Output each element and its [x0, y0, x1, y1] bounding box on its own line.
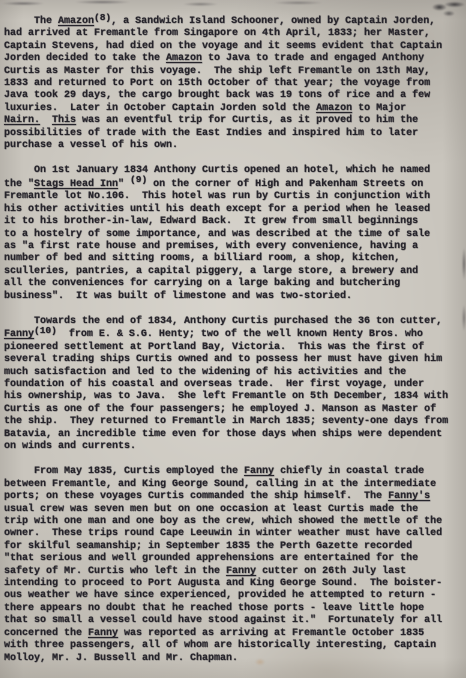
text-run: the ship. They returned to Fremantle in … [4, 416, 448, 427]
underlined-name: Stags Head Inn [34, 179, 118, 190]
underlined-name: Nairn. [4, 115, 40, 126]
text-line: several trading ships Curtis owned and t… [4, 354, 462, 366]
text-run: several trading ships Curtis owned and t… [4, 354, 442, 365]
text-run [40, 115, 52, 126]
text-line: his other activities until his death exc… [4, 204, 462, 216]
text-run: Batavia, an incredible time even for tho… [4, 429, 442, 440]
text-run: Molloy, Mr. J. Bussell and Mr. Chapman. [4, 653, 238, 664]
text-line: it to his brother-in-law, Edward Back. I… [4, 216, 462, 228]
text-run: sculleries, pantries, a capital piggery,… [4, 266, 418, 277]
text-line: Fanny(10) from E. & S.G. Henty; two of t… [4, 328, 462, 341]
text-run: was reported as arriving at Fremantle Oc… [118, 628, 424, 639]
text-run: Curtis as Master for this voyage. The sh… [4, 66, 430, 77]
text-run: concerned the [4, 628, 88, 639]
footnote-ref: (10) [34, 325, 57, 336]
text-line: owner. These trips round Cape Leeuwin in… [4, 528, 462, 540]
text-run: Java took 29 days, the cargo brought bac… [4, 90, 430, 101]
text-run: there appears no doubt that he reached t… [4, 603, 424, 614]
text-run: The [4, 16, 58, 27]
text-line: Captain Stevens, had died on the voyage … [4, 41, 462, 53]
text-line: there appears no doubt that he reached t… [4, 603, 462, 615]
text-line: Towards the end of 1834, Anthony Curtis … [4, 316, 462, 328]
text-line: Fremantle lot No.106. This hotel was run… [4, 191, 462, 203]
text-run: had arrived at Fremantle from Singapore … [4, 28, 430, 39]
text-line: business". It was built of limestone and… [4, 291, 462, 303]
text-line: intending to proceed to Port Augusta and… [4, 578, 462, 590]
text-run: his other activities until his death exc… [4, 204, 430, 215]
footnote-ref: (9) [130, 174, 147, 185]
text-line: on winds and currents. [4, 441, 462, 453]
text-line: Batavia, an incredible time even for tho… [4, 429, 462, 441]
text-line: Java took 29 days, the cargo brought bac… [4, 90, 462, 102]
text-run: cutter on 26th July last [256, 566, 406, 577]
text-run: was an eventful trip for Curtis, as it p… [76, 115, 418, 126]
text-run: owner. These trips round Cape Leeuwin in… [4, 528, 442, 539]
text-run: 1833 and returned to Port on 15th Octobe… [4, 78, 430, 89]
text-run: , a Sandwich Island Schooner, owned by C… [111, 16, 435, 27]
text-run: possibilities of trade with the East Ind… [4, 128, 418, 139]
text-run: with three passengers, all of whom are h… [4, 640, 436, 651]
text-line: concerned the Fanny was reported as arri… [4, 628, 462, 640]
text-run: chiefly in coastal trade [274, 466, 424, 477]
text-run: to Major [352, 103, 406, 114]
text-run: on winds and currents. [4, 441, 136, 452]
text-run: between Fremantle, and King George Sound… [4, 479, 436, 490]
text-run: all the conveniences for carrying on a l… [4, 278, 400, 289]
text-line: number of bed and sitting rooms, a billi… [4, 253, 462, 265]
text-line: had arrived at Fremantle from Singapore … [4, 28, 462, 40]
text-line: the "Stags Head Inn" (9) on the corner o… [4, 178, 462, 191]
text-run: foundation of his coastal and overseas t… [4, 379, 424, 390]
text-run: trip with one man and one boy as the cre… [4, 516, 442, 527]
text-line: trip with one man and one boy as the cre… [4, 516, 462, 528]
text-line: pioneered settlement at Portland Bay, Vi… [4, 342, 462, 354]
text-line: Jorden decided to take the Amazon to Jav… [4, 53, 462, 65]
text-run: ports; on these voyages Curtis commanded… [4, 491, 388, 502]
underlined-name: Fanny [226, 566, 256, 577]
underlined-name: Fanny's [388, 491, 430, 502]
text-line: for skilful seamanship; in September 183… [4, 541, 462, 553]
text-run: From May 1835, Curtis employed the [4, 466, 244, 477]
underlined-name: Fanny [88, 628, 118, 639]
text-run: number of bed and sitting rooms, a billi… [4, 253, 400, 264]
text-line: From May 1835, Curtis employed the Fanny… [4, 466, 462, 478]
underlined-name: Fanny [244, 466, 274, 477]
text-run: On 1st January 1834 Anthony Curtis opene… [4, 165, 430, 176]
scan-noise-top-edge [0, 0, 466, 7]
text-line: Curtis as Master for this voyage. The sh… [4, 66, 462, 78]
text-run: Curtis as one of the four passengers; he… [4, 404, 436, 415]
text-run: Fremantle lot No.106. This hotel was run… [4, 191, 430, 202]
text-run: his ownership, was to Java. She left Fre… [4, 391, 448, 402]
text-line: ports; on these voyages Curtis commanded… [4, 491, 462, 503]
text-line: to a hostelry of some importance, and wa… [4, 229, 462, 241]
text-run: to a hostelry of some importance, and wa… [4, 229, 430, 240]
text-line: with three passengers, all of whom are h… [4, 640, 462, 652]
text-line: luxuries. Later in October Captain Jorde… [4, 103, 462, 115]
text-line: 1833 and returned to Port on 15th Octobe… [4, 78, 462, 90]
text-run: from E. & S.G. Henty; two of the well kn… [57, 329, 423, 340]
document-body: The Amazon(8), a Sandwich Island Schoone… [4, 15, 462, 665]
text-line: purchase a vessel of his own. [4, 140, 462, 152]
paragraph: The Amazon(8), a Sandwich Island Schoone… [4, 15, 462, 152]
text-line: The Amazon(8), a Sandwich Island Schoone… [4, 15, 462, 28]
underlined-name: This [52, 115, 76, 126]
text-run: intending to proceed to Port Augusta and… [4, 578, 442, 589]
text-run: much satisfaction and led to the widenin… [4, 367, 406, 378]
text-run: that so small a vessel could have stood … [4, 615, 442, 626]
text-line: that so small a vessel could have stood … [4, 615, 462, 627]
text-run: safety of Mr. Curtis who left in the [4, 566, 226, 577]
text-run: purchase a vessel of his own. [4, 140, 178, 151]
text-run: Captain Stevens, had died on the voyage … [4, 41, 442, 52]
text-run: pioneered settlement at Portland Bay, Vi… [4, 342, 424, 353]
text-run: on the corner of High and Pakenham Stree… [147, 179, 423, 190]
text-line: safety of Mr. Curtis who left in the Fan… [4, 566, 462, 578]
text-run: "that serious and well grounded apprehen… [4, 553, 418, 564]
document-page: The Amazon(8), a Sandwich Island Schoone… [0, 0, 466, 678]
paragraph: On 1st January 1834 Anthony Curtis opene… [4, 165, 462, 302]
text-line: sculleries, pantries, a capital piggery,… [4, 266, 462, 278]
paragraph: Towards the end of 1834, Anthony Curtis … [4, 316, 462, 453]
text-line: between Fremantle, and King George Sound… [4, 479, 462, 491]
text-line: "that serious and well grounded apprehen… [4, 553, 462, 565]
text-line: possibilities of trade with the East Ind… [4, 128, 462, 140]
underlined-name: Amazon [166, 53, 202, 64]
text-line: all the conveniences for carrying on a l… [4, 278, 462, 290]
text-run: the " [4, 179, 34, 190]
text-run: luxuries. Later in October Captain Jorde… [4, 103, 316, 114]
text-run: " [118, 179, 130, 190]
underlined-name: Amazon [58, 16, 94, 27]
text-run: it to his brother-in-law, Edward Back. I… [4, 216, 418, 227]
text-line: usual crew was seven men but on one occa… [4, 504, 462, 516]
text-run: as "a first rate house and premises, wit… [4, 241, 418, 252]
text-line: ous weather we have since experienced, p… [4, 590, 462, 602]
text-line: foundation of his coastal and overseas t… [4, 379, 462, 391]
text-line: as "a first rate house and premises, wit… [4, 241, 462, 253]
footnote-ref: (8) [94, 12, 111, 23]
text-run: Jorden decided to take the [4, 53, 166, 64]
text-run: for skilful seamanship; in September 183… [4, 541, 412, 552]
text-run: business". It was built of limestone and… [4, 291, 352, 302]
text-line: On 1st January 1834 Anthony Curtis opene… [4, 165, 462, 177]
text-line: his ownership, was to Java. She left Fre… [4, 391, 462, 403]
text-run: ous weather we have since experienced, p… [4, 590, 436, 601]
text-line: Molloy, Mr. J. Bussell and Mr. Chapman. [4, 653, 462, 665]
text-line: Nairn. This was an eventful trip for Cur… [4, 115, 462, 127]
text-run: Towards the end of 1834, Anthony Curtis … [4, 316, 442, 327]
text-run: usual crew was seven men but on one occa… [4, 504, 418, 515]
underlined-name: Amazon [316, 103, 352, 114]
paragraph: From May 1835, Curtis employed the Fanny… [4, 466, 462, 665]
underlined-name: Fanny [4, 329, 34, 340]
text-line: Curtis as one of the four passengers; he… [4, 404, 462, 416]
text-run: to Java to trade and engaged Anthony [202, 53, 424, 64]
text-line: the ship. They returned to Fremantle in … [4, 416, 462, 428]
text-line: much satisfaction and led to the widenin… [4, 367, 462, 379]
